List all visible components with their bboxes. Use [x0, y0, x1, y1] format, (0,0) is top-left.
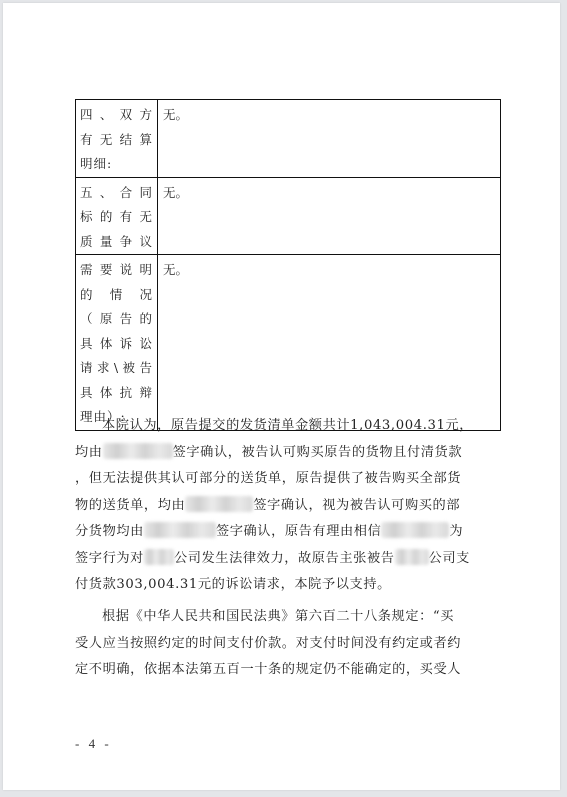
row-label: 需要说明 的 情 况 （原告的 具体诉讼 请求\被告 具体抗辩 理由）: — [76, 255, 158, 431]
table-row: 需要说明 的 情 况 （原告的 具体诉讼 请求\被告 具体抗辩 理由）: 无。 — [76, 255, 501, 431]
row-value: 无。 — [158, 255, 501, 431]
row-value: 无。 — [158, 100, 501, 178]
row-label: 五、合同 标的有无 质量争议 — [76, 177, 158, 255]
redacted-name — [144, 549, 174, 565]
redacted-name — [395, 549, 429, 565]
page-number: - 4 - — [75, 736, 112, 752]
row-value: 无。 — [158, 177, 501, 255]
redacted-name — [144, 522, 216, 538]
court-opinion-paragraph: 本院认为，原告提交的发货清单金额共计1,043,004.31元， 均由签字确认，… — [75, 413, 503, 599]
row-label: 四、双方 有无结算 明细: — [76, 100, 158, 178]
redacted-name — [381, 522, 449, 538]
redacted-name — [185, 496, 253, 512]
case-info-table: 四、双方 有无结算 明细: 无。 五、合同 标的有无 质量争议 无。 需要说明 … — [75, 99, 501, 431]
legal-basis-paragraph: 根据《中华人民共和国民法典》第六百二十八条规定：“买 受人应当按照约定的时间支付… — [75, 604, 503, 684]
table-row: 四、双方 有无结算 明细: 无。 — [76, 100, 501, 178]
table-row: 五、合同 标的有无 质量争议 无。 — [76, 177, 501, 255]
redacted-name — [103, 443, 173, 459]
document-page: 四、双方 有无结算 明细: 无。 五、合同 标的有无 质量争议 无。 需要说明 … — [3, 3, 560, 790]
